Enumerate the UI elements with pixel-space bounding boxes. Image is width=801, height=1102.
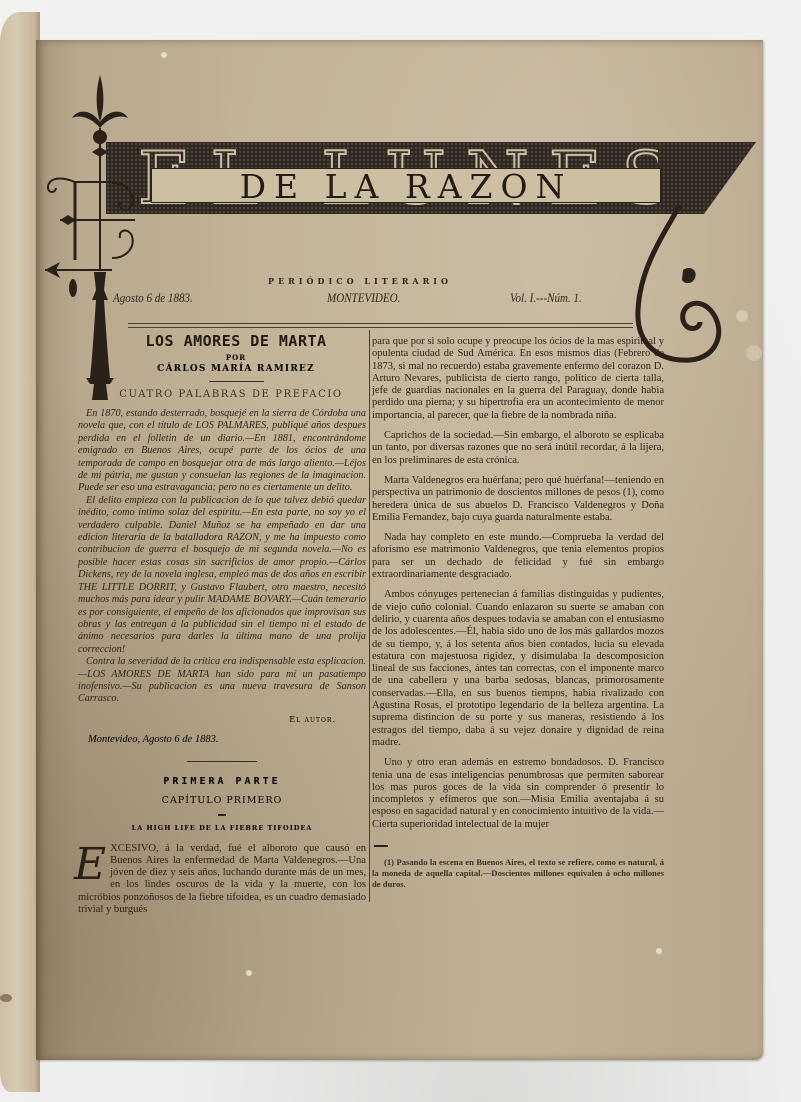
body-paragraph: Marta Valdenegros era huérfana; pero qué… <box>372 475 664 524</box>
footnote: (1) Pasando la escena en Buenos Aires, e… <box>372 857 664 890</box>
masthead-title: DE LA RAZON <box>240 168 573 203</box>
preface-place-date: Montevideo, Agosto 6 de 1883. <box>88 734 366 745</box>
paper-spot <box>736 310 748 322</box>
paper-spot <box>746 345 762 361</box>
section-rule <box>187 761 257 762</box>
chapter-title: LA HIGH LIFE DE LA FIEBRE TIFOIDEA <box>78 824 366 832</box>
part-heading: PRIMERA PARTE <box>78 776 366 787</box>
chapter-heading: CAPÍTULO PRIMERO <box>78 795 366 806</box>
chapter-paragraph: XCESIVO, á la verdad, fué el alboroto qu… <box>78 843 366 916</box>
right-column: para que por si solo ocupe y preocupe lo… <box>372 336 664 890</box>
drop-cap: E <box>74 845 106 885</box>
author-name: CÁRLOS MARÍA RAMIREZ <box>78 364 366 374</box>
short-rule <box>209 381 264 382</box>
body-paragraph: Caprichos de la sociedad.—Sin embargo, e… <box>372 430 664 467</box>
facing-page-edge <box>0 12 40 1092</box>
body-paragraph: Nada hay completo en este mundo.—Comprue… <box>372 532 664 581</box>
story-title: LOS AMORES DE MARTA <box>78 332 366 350</box>
body-paragraph: para que por si solo ocupe y preocupe lo… <box>372 336 664 422</box>
header-rule <box>128 323 633 328</box>
preface-heading: CUATRO PALABRAS DE PREFACIO <box>78 389 366 400</box>
left-column: LOS AMORES DE MARTA POR CÁRLOS MARÍA RAM… <box>78 332 366 916</box>
issue-place: MONTEVIDEO. <box>327 290 400 306</box>
paper-spot <box>656 948 662 954</box>
issue-volume: Vol. I.---Núm. 1. <box>510 290 582 306</box>
body-paragraph: Uno y otro eran además en estremo bondad… <box>372 757 664 831</box>
byline-por: POR <box>78 353 366 362</box>
issue-date: Agosto 6 de 1883. <box>113 290 193 306</box>
masthead-title-box: DE LA RAZON <box>151 168 661 203</box>
paper-spot <box>161 52 167 58</box>
body-paragraph: Ambos cónyuges pertenecian á familias di… <box>372 589 664 749</box>
preface-paragraph: El delito empieza con la publicacion de … <box>78 495 366 656</box>
preface-paragraph: Contra la severidad de la crítica era in… <box>78 656 366 706</box>
footnote-rule <box>374 845 388 847</box>
preface-signature: El autor. <box>78 715 336 724</box>
masthead-subtitle: PERIÓDICO LITERARIO <box>180 276 540 286</box>
paper-spot <box>246 970 252 976</box>
chapter-dash <box>218 814 226 816</box>
chapter-opening: E XCESIVO, á la verdad, fué el alboroto … <box>78 843 366 916</box>
preface-paragraph: En 1870, estando desterrado, bosquejé en… <box>78 408 366 495</box>
column-divider <box>369 330 370 902</box>
